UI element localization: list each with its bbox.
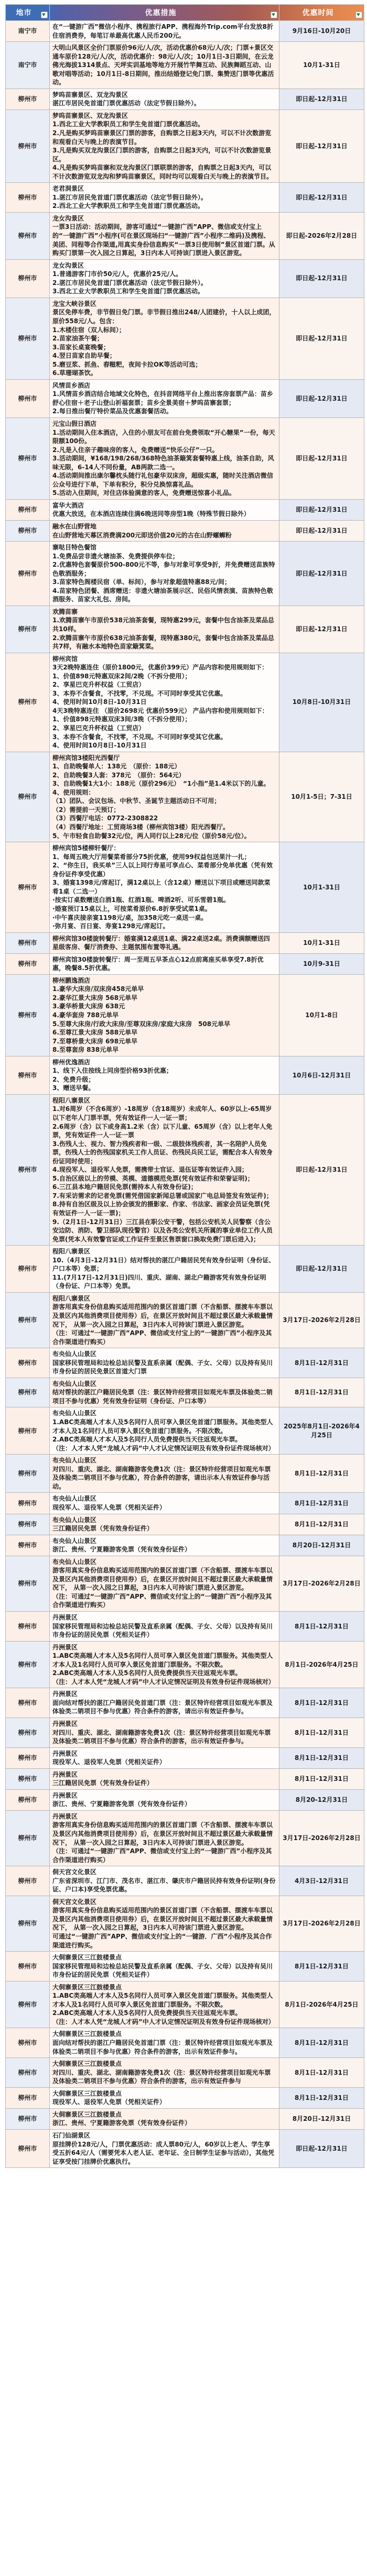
table-row: 柳州市 大侗寨景区三江鼓楼景点 1.ABC类高端人才本人及5名同行人员可享入景区… — [6, 1981, 364, 2028]
measure-cell: 大侗寨景区三江鼓楼景点 1.ABC类高端人才本人及5名同行人员可享入景区免首道门… — [50, 1981, 279, 2028]
measure-cell: 布央仙人山景区 浙江、贵州、宁夏籍游客免票（凭有效身份证件） — [50, 1535, 279, 1556]
table-row: 柳州市 柳州宾馆 3天2晚特惠连住（原价1800元，优惠价399元）产品内容和使… — [6, 653, 364, 752]
column-header-period: 优惠时间 ▼ — [279, 5, 364, 21]
measure-cell: 布央仙人山景区 1.ABC类高端人才本人及5名同行人员可享入景区免首道门票服务。… — [50, 1407, 279, 1455]
measure-cell: 丹洲景区 面向结对帮扶的湛江户籍居民免首道门票（注：景区特许经营项目如观光车票及… — [50, 1688, 279, 1718]
table-row: 柳州市 龙女沟景区 1.普通游客门市价50元/人，优惠价25元/人。 2.湛江市… — [6, 259, 364, 298]
period-cell: 8月1日-12月31日 — [279, 1493, 364, 1514]
region-cell: 柳州市 — [6, 1789, 50, 1810]
period-cell: 8月20日-12月31日 — [279, 2108, 364, 2129]
measure-cell: 龙女沟景区 1.普通游客门市价50元/人，优惠价25元/人。 2.湛江市居民免首… — [50, 259, 279, 298]
region-cell: 柳州市 — [6, 1455, 50, 1493]
region-cell: 柳州市 — [6, 109, 50, 182]
period-cell: 8月1日-12月31日 — [279, 2087, 364, 2108]
column-header-measure-label: 优惠措施 — [145, 9, 177, 17]
chevron-down-icon: ▼ — [42, 13, 46, 17]
table-row: 柳州市 丹洲景区 三江籍居民免票（凭有效身份证件） 8月1日-12月31日 — [6, 1768, 364, 1789]
period-cell: 10月1-31日 — [279, 42, 364, 89]
table-row: 柳州市 寨哒目特色餐馆 1.免费品尝非遗火塘油茶、免费提供停车位； 2.优惠特色… — [6, 542, 364, 606]
measure-cell: 丹洲景区 国家移民管理局和边检总站民警及直系亲属（配偶、子女、父母）以及持有吴川… — [50, 1611, 279, 1641]
table-row: 柳州市 融水在山野营地 在山野营地天幕区消费满200元即送价值20元的古在山野螺… — [6, 520, 364, 541]
table-row: 柳州市 大侗寨景区三江鼓楼景点 浙江、贵州、宁夏籍游客免票（凭有效身份证件） 8… — [6, 2108, 364, 2129]
measure-cell: 柳州宾馆 3天2晚特惠连住（原价1800元，优惠价399元）产品内容和使用规则如… — [50, 653, 279, 752]
period-cell: 8月1日-12月31日 — [279, 1688, 364, 1718]
table-row: 柳州市 柳州宾馆30楼旋转餐厅：周一至周五早茶点心12点前离座买单享受7.8折优… — [6, 953, 364, 974]
region-cell: 柳州市 — [6, 379, 50, 417]
region-cell: 柳州市 — [6, 842, 50, 932]
measure-cell: 柳州优逸酒店 1、线下入住按线上同房型价格93折优惠； 2、免费升级； 3、赠送… — [50, 1056, 279, 1094]
region-cell: 南宁市 — [6, 42, 50, 89]
region-cell: 柳州市 — [6, 1768, 50, 1789]
period-cell: 8月20-12月31日 — [279, 1789, 364, 1810]
filter-icon[interactable]: ▼ — [271, 12, 277, 18]
measure-cell: 侗天宫文化景区 广东省深圳市、江门市、茂名市、湛江市、肇庆市户籍居民持有效身份证… — [50, 1866, 279, 1896]
period-cell: 8月1日-12月31日 — [279, 1348, 364, 1378]
region-cell: 柳州市 — [6, 1292, 50, 1348]
table-row: 柳州市 柳州鹏逸酒店 1.豪华大床房/双床房458元单早 2.豪华江景大床房 5… — [6, 974, 364, 1056]
header-row: 地市 ▼ 优惠措施 ▼ 优惠时间 ▼ — [6, 5, 364, 21]
measure-cell: 大侗寨景区三江鼓楼景点 现役军人、退役军人免票（凭相关证件） — [50, 2087, 279, 2108]
table-row: 柳州市 梦呜苗寨景区、双龙沟景区 湛江市居民免首道门票优惠活动（法定节假日除外）… — [6, 89, 364, 109]
table-row: 柳州市 大侗寨景区三江鼓楼景点 现役军人、退役军人免票（凭相关证件） 8月1日-… — [6, 2087, 364, 2108]
region-cell: 柳州市 — [6, 1535, 50, 1556]
table-row: 柳州市 程阳八寨景区 游客用真实身份信息购买适用范围内的景区首道门票（不含船票、… — [6, 1292, 364, 1348]
region-cell: 柳州市 — [6, 2129, 50, 2167]
region-cell: 柳州市 — [6, 183, 50, 213]
promo-table: 地市 ▼ 优惠措施 ▼ 优惠时间 ▼ 南宁市 在“一键游广西”微信小程序、携程旅… — [5, 4, 364, 2168]
region-cell: 柳州市 — [6, 653, 50, 752]
table-row: 柳州市 程阳八寨景区 1.对6周岁（不含6周岁）-18周岁（含18周岁）未成年人… — [6, 1094, 364, 1245]
period-cell: 8月1日-12月31日 — [279, 1952, 364, 1981]
period-cell: 10月8日-10月31日 — [279, 653, 364, 752]
measure-cell: 富华大酒店 优惠大放送，在本酒店连续住满6晚送同等房型1晚（特殊节假日除外） — [50, 499, 279, 520]
period-cell: 8月1日-12月31日 — [279, 2028, 364, 2058]
period-cell: 8月1日-12月31日 — [279, 1455, 364, 1493]
measure-cell: 布央仙人山景区 国家移民管理局和边检总站民警及直系亲属（配偶、子女、父母）以及持… — [50, 1348, 279, 1378]
table-header: 地市 ▼ 优惠措施 ▼ 优惠时间 ▼ — [6, 5, 364, 21]
period-cell: 4月3日-12月31日 — [279, 1866, 364, 1896]
region-cell: 柳州市 — [6, 2087, 50, 2108]
period-cell: 即日起-12月31日 — [279, 183, 364, 213]
measure-cell: 布央仙人山景区 三江籍居民免票（凭有效身份证件） — [50, 1514, 279, 1535]
region-cell: 柳州市 — [6, 542, 50, 606]
table-row: 柳州市 富华大酒店 优惠大放送，在本酒店连续住满6晚送同等房型1晚（特殊节假日除… — [6, 499, 364, 520]
measure-cell: 梦呜苗寨景区、双龙沟景区 湛江市居民免首道门票优惠活动（法定节假日除外）。 — [50, 89, 279, 109]
period-cell: 8月1日-12月31日 — [279, 1611, 364, 1641]
region-cell: 柳州市 — [6, 932, 50, 953]
period-cell: 即日起-12月31日 — [279, 606, 364, 653]
column-header-region: 地市 ▼ — [6, 5, 50, 21]
period-cell: 8月1日-12月31日 — [279, 1718, 364, 1747]
region-cell: 柳州市 — [6, 752, 50, 842]
table-row: 柳州市 龙女沟景区 一票3日活动：活动期间，游客可通过“一键游广西”APP、微信… — [6, 212, 364, 259]
period-cell: 即日起-12月31日 — [279, 298, 364, 379]
region-cell: 柳州市 — [6, 1747, 50, 1768]
region-cell: 柳州市 — [6, 1514, 50, 1535]
measure-cell: 柳州宾馆3楼阳光西餐厅 1、自助晚餐单人：138元 （原价：188元） 2、自助… — [50, 752, 279, 842]
column-header-measure: 优惠措施 ▼ — [50, 5, 279, 21]
table-body: 南宁市 在“一键游广西”微信小程序、携程旅行APP、携程海外Trip.com平台… — [6, 21, 364, 2168]
region-cell: 柳州市 — [6, 89, 50, 109]
measure-cell: 寨哒目特色餐馆 1.免费品尝非遗火塘油茶、免费提供停车位； 2.优惠特色套餐原价… — [50, 542, 279, 606]
period-cell: 即日起-12月31日 — [279, 520, 364, 541]
region-cell: 柳州市 — [6, 2108, 50, 2129]
period-cell: 即日起-2026年2月28日 — [279, 212, 364, 259]
promo-table-sheet: 地市 ▼ 优惠措施 ▼ 优惠时间 ▼ 南宁市 在“一键游广西”微信小程序、携程旅… — [0, 0, 367, 2175]
table-row: 柳州市 丹洲景区 对四川、重庆、湖北、湖南籍游客免费1次（注：景区特许经营项目如… — [6, 1718, 364, 1747]
period-cell: 即日起-12月31日 — [279, 259, 364, 298]
measure-cell: 丹洲景区 对四川、重庆、湖北、湖南籍游客免费1次（注：景区特许经营项目如观光车票… — [50, 1718, 279, 1747]
measure-cell: 欢腾苗寨 1.欢腾苗寨午市原价538元油茶套餐，现特惠299元，套餐中包含油茶及… — [50, 606, 279, 653]
table-row: 柳州市 丹洲景区 浙江、贵州、宁夏籍游客免票（凭有效身份证件） 8月20-12月… — [6, 1789, 364, 1810]
region-cell: 柳州市 — [6, 2028, 50, 2058]
table-row: 柳州市 程阳八寨景区 10.（4月3日-12月31日）结对帮扶的湛江户籍居民凭有… — [6, 1246, 364, 1293]
measure-cell: 龙女沟景区 一票3日活动：活动期间，游客可通过“一键游广西”APP、微信或支付宝… — [50, 212, 279, 259]
table-row: 柳州市 布央仙人山景区 浙江、贵州、宁夏籍游客免票（凭有效身份证件） 8月20日… — [6, 1535, 364, 1556]
table-row: 柳州市 侗天宫文化景区 游客用真实身份信息购买适用范围内的景区首道门票（不含船票… — [6, 1896, 364, 1951]
period-cell: 3月17日-2026年2月28日 — [279, 1810, 364, 1866]
table-row: 柳州市 丹洲景区 国家移民管理局和边检总站民警及直系亲属（配偶、子女、父母）以及… — [6, 1611, 364, 1641]
table-row: 柳州市 布央仙人山景区 三江籍居民免票（凭有效身份证件） 8月1日-12月31日 — [6, 1514, 364, 1535]
measure-cell: 柳州鹏逸酒店 1.豪华大床房/双床房458元单早 2.豪华江景大床房 568元单… — [50, 974, 279, 1056]
measure-cell: 程阳八寨景区 游客用真实身份信息购买适用范围内的景区首道门票（不含船票、摆渡车车… — [50, 1292, 279, 1348]
region-cell: 柳州市 — [6, 1810, 50, 1866]
region-cell: 柳州市 — [6, 417, 50, 499]
region-cell: 柳州市 — [6, 953, 50, 974]
region-cell: 柳州市 — [6, 212, 50, 259]
table-row: 南宁市 在“一键游广西”微信小程序、携程旅行APP、携程海外Trip.com平台… — [6, 21, 364, 42]
measure-cell: 布央仙人山景区 结对帮扶的湛江户籍居民免票（注：景区特许经营项目如观光车票及体验… — [50, 1378, 279, 1407]
table-row: 柳州市 布央仙人山景区 国家移民管理局和边检总站民警及直系亲属（配偶、子女、父母… — [6, 1348, 364, 1378]
region-cell: 柳州市 — [6, 1896, 50, 1951]
column-header-region-label: 地市 — [16, 9, 32, 17]
period-cell: 即日起-12月31日 — [279, 2129, 364, 2167]
measure-cell: 柳州宾馆5楼柳轩餐厅： 1、每周五晚大厅用餐菜肴部分75折优惠，使用99权益包送… — [50, 842, 279, 932]
period-cell: 8月1日-12月31日 — [279, 1378, 364, 1407]
measure-cell: 丹洲景区 1.ABC类高端人才本人及5名同行人员可享入景区免首道门票服务。其他类… — [50, 1641, 279, 1688]
region-cell: 柳州市 — [6, 2058, 50, 2088]
chevron-down-icon: ▼ — [272, 13, 276, 17]
measure-cell: 丹洲景区 现役军人、退役军人免票（凭相关证件） — [50, 1747, 279, 1768]
table-row: 柳州市 风情苗乡酒店 1.风情苗乡酒店结合地域文化特色，在抖音网络平台上推出客房… — [6, 379, 364, 417]
measure-cell: 丹洲景区 浙江、贵州、宁夏籍游客免票（凭有效身份证件） — [50, 1789, 279, 1810]
measure-cell: 布央仙人山景区 对四川、重庆、湖北、湖南籍游客免费1次（注：景区特许经营项目如观… — [50, 1455, 279, 1493]
period-cell: 8月20日-12月31日 — [279, 1535, 364, 1556]
period-cell: 2025年8月1日-2026年4月25日 — [279, 1407, 364, 1455]
region-cell: 柳州市 — [6, 1407, 50, 1455]
table-row: 柳州市 丹洲景区 现役军人、退役军人免票（凭相关证件） 8月1日-12月31日 — [6, 1747, 364, 1768]
period-cell: 即日起-12月31日 — [279, 417, 364, 499]
region-cell: 南宁市 — [6, 21, 50, 42]
table-row: 柳州市 柳州优逸酒店 1、线下入住按线上同房型价格93折优惠； 2、免费升级； … — [6, 1056, 364, 1094]
measure-cell: 大侗寨景区三江鼓楼景点 国家移民管理局和边检总站民警及直系亲属（配偶、子女、父母… — [50, 1952, 279, 1981]
table-row: 柳州市 大侗寨景区三江鼓楼景点 面向结对帮扶的湛江户籍居民免首道门票（注：景区特… — [6, 2028, 364, 2058]
measure-cell: 丹洲景区 游客用真实身份信息购买适用范围内的景区首道门票（不含船票、摆渡车车票以… — [50, 1810, 279, 1866]
period-cell: 8月1日-12月31日 — [279, 1768, 364, 1789]
chevron-down-icon: ▼ — [357, 13, 361, 17]
period-cell: 即日起-12月31日 — [279, 542, 364, 606]
period-cell: 3月17日-2026年2月28日 — [279, 1896, 364, 1951]
table-row: 柳州市 石门仙湖景区 原挂牌价128元/人，门票优惠活动：成人票80元/人，60… — [6, 2129, 364, 2167]
region-cell: 柳州市 — [6, 1493, 50, 1514]
period-cell: 即日起-12月31日 — [279, 379, 364, 417]
period-cell: 9月16日-10月20日 — [279, 21, 364, 42]
region-cell: 柳州市 — [6, 1094, 50, 1245]
measure-cell: 元宝山假日酒店 1.活动期间入住本酒店，入住的小朋友可在前台免费领取“开心糖果”… — [50, 417, 279, 499]
region-cell: 柳州市 — [6, 1952, 50, 1981]
measure-cell: 老君洞景区 1.湛江市居民免首道门票优惠活动（法定节假日除外）。 2.西北工业大… — [50, 183, 279, 213]
period-cell: 10月1-8日 — [279, 974, 364, 1056]
table-row: 柳州市 梦呜苗寨景区、双龙沟景区 1.西北工业大学教职员工和学生免首道门票优惠活… — [6, 109, 364, 182]
region-cell: 柳州市 — [6, 499, 50, 520]
measure-cell: 融水在山野营地 在山野营地天幕区消费满200元即送价值20元的古在山野螺蛳粉 — [50, 520, 279, 541]
filter-icon[interactable]: ▼ — [355, 12, 362, 18]
measure-cell: 柳州宾馆30楼旋转餐厅：周一至周五早茶点心12点前离座买单享受7.8折优惠，晚餐… — [50, 953, 279, 974]
table-row: 柳州市 欢腾苗寨 1.欢腾苗寨午市原价538元油茶套餐，现特惠299元，套餐中包… — [6, 606, 364, 653]
region-cell: 柳州市 — [6, 1556, 50, 1611]
table-row: 柳州市 丹洲景区 面向结对帮扶的湛江户籍居民免首道门票（注：景区特许经营项目如观… — [6, 1688, 364, 1718]
measure-cell: 程阳八寨景区 10.（4月3日-12月31日）结对帮扶的湛江户籍居民凭有效身份证… — [50, 1246, 279, 1293]
measure-cell: 大侗寨景区三江鼓楼景点 浙江、贵州、宁夏籍游客免票（凭有效身份证件） — [50, 2108, 279, 2129]
table-row: 柳州市 元宝山假日酒店 1.活动期间入住本酒店，入住的小朋友可在前台免费领取“开… — [6, 417, 364, 499]
region-cell: 柳州市 — [6, 259, 50, 298]
period-cell: 10月9-31日 — [279, 953, 364, 974]
table-row: 柳州市 丹洲景区 游客用真实身份信息购买适用范围内的景区首道门票（不含船票、摆渡… — [6, 1810, 364, 1866]
table-row: 柳州市 布央仙人山景区 现役军人、退役军人免票（凭相关证件） 8月1日-12月3… — [6, 1493, 364, 1514]
table-row: 柳州市 柳州宾馆30楼旋转餐厅：婚宴满12桌送1桌、满22桌送2桌。消费满额赠送… — [6, 932, 364, 953]
period-cell: 3月17日-2026年2月28日 — [279, 1292, 364, 1348]
table-row: 柳州市 布央仙人山景区 1.ABC类高端人才本人及5名同行人员可享入景区免首道门… — [6, 1407, 364, 1455]
period-cell: 8月1日-12月31日 — [279, 1747, 364, 1768]
measure-cell: 大明山风景区全价门票原价96元/人/次，活动优惠价68元/人/次；门票+景区交通… — [50, 42, 279, 89]
period-cell: 3月17日-2026年2月28日 — [279, 1556, 364, 1611]
period-cell: 8月1日-2026年4月25日 — [279, 1981, 364, 2028]
region-cell: 柳州市 — [6, 1056, 50, 1094]
period-cell: 8月1日-2026年4月25日 — [279, 1641, 364, 1688]
measure-cell: 侗天宫文化景区 游客用真实身份信息购买适用范围内的景区首道门票（不含船票、摆渡车… — [50, 1896, 279, 1951]
table-row: 南宁市 大明山风景区全价门票原价96元/人/次，活动优惠价68元/人/次；门票+… — [6, 42, 364, 89]
region-cell: 柳州市 — [6, 1378, 50, 1407]
column-header-period-label: 优惠时间 — [303, 9, 334, 17]
region-cell: 柳州市 — [6, 1348, 50, 1378]
measure-cell: 风情苗乡酒店 1.风情苗乡酒店结合地域文化特色，在抖音网络平台上推出客房套票产品… — [50, 379, 279, 417]
measure-cell: 布央仙人山景区 现役军人、退役军人免票（凭相关证件） — [50, 1493, 279, 1514]
region-cell: 柳州市 — [6, 520, 50, 541]
region-cell: 柳州市 — [6, 1866, 50, 1896]
measure-cell: 柳州宾馆30楼旋转餐厅：婚宴满12桌送1桌、满22桌送2桌。消费满额赠送四星级客… — [50, 932, 279, 953]
measure-cell: 龙宝大峡谷景区 景区免停车费，非节假日免门票。非节假日推出248/人团建价，十人… — [50, 298, 279, 379]
measure-cell: 丹洲景区 三江籍居民免票（凭有效身份证件） — [50, 1768, 279, 1789]
table-row: 柳州市 布央仙人山景区 游客用真实身份信息购买适用范围内的景区首道门票（不含船票… — [6, 1556, 364, 1611]
region-cell: 柳州市 — [6, 1688, 50, 1718]
measure-cell: 在“一键游广西”微信小程序、携程旅行APP、携程海外Trip.com平台发放8折… — [50, 21, 279, 42]
measure-cell: 大侗寨景区三江鼓楼景点 对四川、重庆、湖北、湖南籍游客免费1次（注：景区特许经营… — [50, 2058, 279, 2088]
table-row: 柳州市 布央仙人山景区 结对帮扶的湛江户籍居民免票（注：景区特许经营项目如观光车… — [6, 1378, 364, 1407]
region-cell: 柳州市 — [6, 298, 50, 379]
period-cell: 10月1-5日；7-31日 — [279, 752, 364, 842]
measure-cell: 大侗寨景区三江鼓楼景点 面向结对帮扶的湛江户籍居民免首道门票（注：景区特许经营项… — [50, 2028, 279, 2058]
table-row: 柳州市 龙宝大峡谷景区 景区免停车费，非节假日免门票。非节假日推出248/人团建… — [6, 298, 364, 379]
period-cell: 即日起-12月31日 — [279, 1094, 364, 1245]
table-row: 柳州市 大侗寨景区三江鼓楼景点 国家移民管理局和边检总站民警及直系亲属（配偶、子… — [6, 1952, 364, 1981]
measure-cell: 梦呜苗寨景区、双龙沟景区 1.西北工业大学教职员工和学生免首道门票优惠活动。 2… — [50, 109, 279, 182]
measure-cell: 石门仙湖景区 原挂牌价128元/人，门票优惠活动：成人票80元/人，60岁以上老… — [50, 2129, 279, 2167]
table-row: 柳州市 柳州宾馆5楼柳轩餐厅： 1、每周五晚大厅用餐菜肴部分75折优惠，使用99… — [6, 842, 364, 932]
table-row: 柳州市 柳州宾馆3楼阳光西餐厅 1、自助晚餐单人：138元 （原价：188元） … — [6, 752, 364, 842]
table-row: 柳州市 布央仙人山景区 对四川、重庆、湖北、湖南籍游客免费1次（注：景区特许经营… — [6, 1455, 364, 1493]
region-cell: 柳州市 — [6, 1718, 50, 1747]
region-cell: 柳州市 — [6, 1641, 50, 1688]
period-cell: 即日起-12月31日 — [279, 499, 364, 520]
table-row: 柳州市 侗天宫文化景区 广东省深圳市、江门市、茂名市、湛江市、肇庆市户籍居民持有… — [6, 1866, 364, 1896]
filter-icon[interactable]: ▼ — [41, 12, 48, 18]
period-cell: 即日起-12月31日 — [279, 89, 364, 109]
period-cell: 10月1-31日 — [279, 932, 364, 953]
table-row: 柳州市 老君洞景区 1.湛江市居民免首道门票优惠活动（法定节假日除外）。 2.西… — [6, 183, 364, 213]
period-cell: 10月1-31日 — [279, 842, 364, 932]
period-cell: 8月1日-12月31日 — [279, 2058, 364, 2088]
region-cell: 柳州市 — [6, 1611, 50, 1641]
table-row: 柳州市 大侗寨景区三江鼓楼景点 对四川、重庆、湖北、湖南籍游客免费1次（注：景区… — [6, 2058, 364, 2088]
table-row: 柳州市 丹洲景区 1.ABC类高端人才本人及5名同行人员可享入景区免首道门票服务… — [6, 1641, 364, 1688]
region-cell: 柳州市 — [6, 974, 50, 1056]
period-cell: 即日起-12月31日 — [279, 1246, 364, 1293]
period-cell: 10月6日-12月31日 — [279, 1056, 364, 1094]
measure-cell: 布央仙人山景区 游客用真实身份信息购买适用范围内的景区首道门票（不含船票、摆渡车… — [50, 1556, 279, 1611]
period-cell: 8月1日-12月31日 — [279, 1514, 364, 1535]
region-cell: 柳州市 — [6, 1246, 50, 1293]
region-cell: 柳州市 — [6, 1981, 50, 2028]
period-cell: 即日起-12月31日 — [279, 109, 364, 182]
region-cell: 柳州市 — [6, 606, 50, 653]
measure-cell: 程阳八寨景区 1.对6周岁（不含6周岁）-18周岁（含18周岁）未成年人、60岁… — [50, 1094, 279, 1245]
